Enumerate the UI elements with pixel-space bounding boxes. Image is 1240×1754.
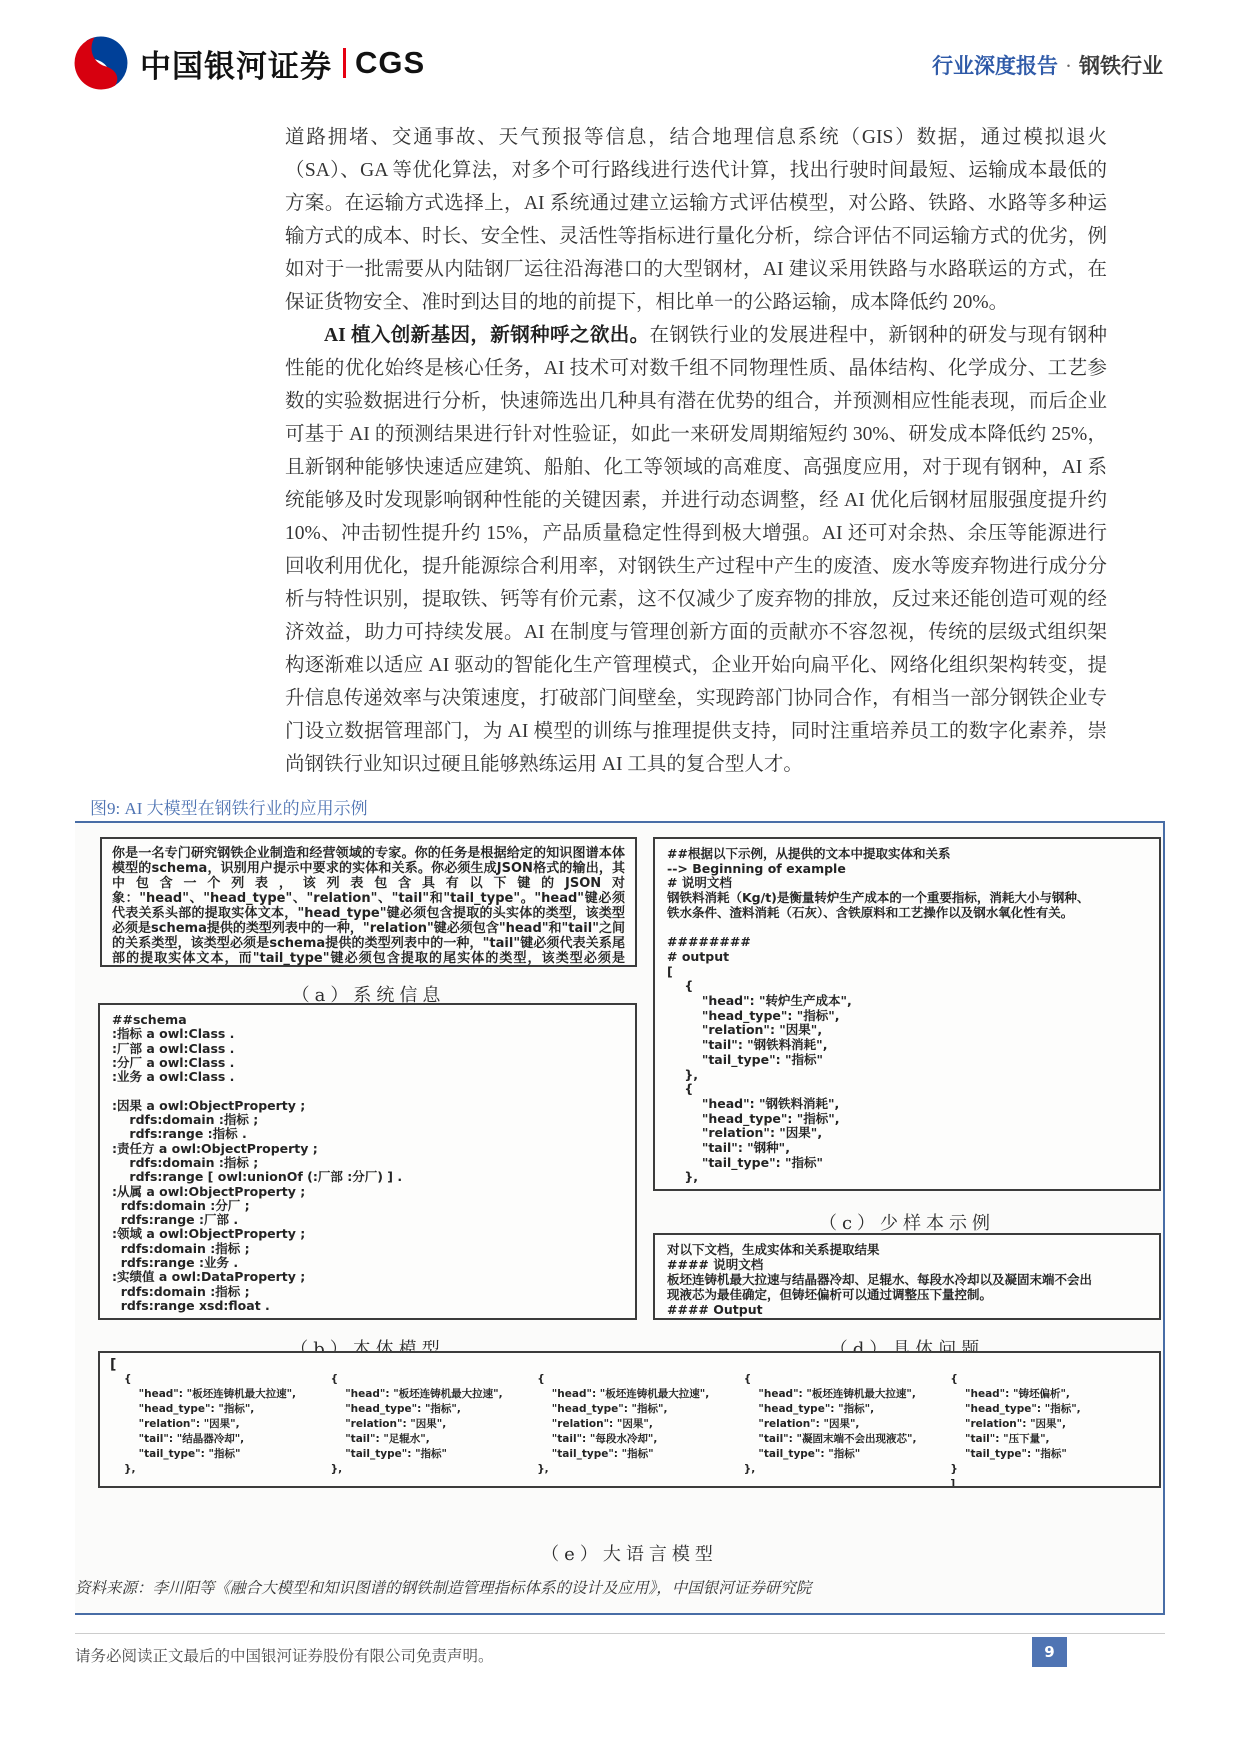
paragraph-bold-lead: AI 植入创新基因，新钢种呼之欲出。 — [324, 325, 650, 346]
panel-d-question-box: 对以下文档，生成实体和关系提取结果 #### 说明文档 板坯连铸机最大拉速与结晶… — [653, 1233, 1161, 1320]
brand-name-en: CGS — [355, 45, 425, 81]
disclaimer-text: 请务必阅读正文最后的中国银河证券股份有限公司免责声明。 — [75, 1644, 494, 1666]
report-page: 中国银河证券 CGS 行业深度报告·钢铁行业 道路拥堵、交通事故、天气预报等信息… — [0, 0, 1240, 1754]
panel-c-label: （c）少样本示例 — [653, 1209, 1161, 1235]
panel-c-fewshot-box: ##根据以下示例，从提供的文本中提取实体和关系 --> Beginning of… — [653, 837, 1161, 1191]
figure-caption: 图9: AI 大模型在钢铁行业的应用示例 — [90, 794, 368, 819]
paragraph-ai-innovation: AI 植入创新基因，新钢种呼之欲出。在钢铁行业的发展进程中，新钢种的研发与现有钢… — [285, 319, 1107, 781]
panel-e-label: （e）大语言模型 — [98, 1540, 1161, 1566]
figure-frame: 你是一名专门研究钢铁企业制造和经营领域的专家。你的任务是根据给定的知识图谱本体模… — [75, 821, 1165, 1615]
brand: 中国银河证券 CGS — [74, 36, 425, 90]
llm-output-item: { "head": "板坯连铸机最大拉速", "head_type": "指标"… — [124, 1372, 325, 1488]
llm-output-item: { "head": "板坯连铸机最大拉速", "head_type": "指标"… — [537, 1372, 738, 1488]
paragraph-body-text: 在钢铁行业的发展进程中，新钢种的研发与现有钢种性能的优化始终是核心任务，AI 技… — [285, 325, 1107, 775]
figure-panels: 你是一名专门研究钢铁企业制造和经营领域的专家。你的任务是根据给定的知识图谱本体模… — [75, 823, 1163, 1613]
llm-output-item: { "head": "板坯连铸机最大拉速", "head_type": "指标"… — [331, 1372, 532, 1488]
llm-output-list: { "head": "板坯连铸机最大拉速", "head_type": "指标"… — [110, 1372, 1151, 1488]
llm-output-item: { "head": "板坯连铸机最大拉速", "head_type": "指标"… — [744, 1372, 945, 1488]
figure-source-note: 资料来源：李川阳等《融合大模型和知识图谱的钢铁制造管理指标体系的设计及应用》，中… — [75, 1576, 1155, 1598]
body-text: 道路拥堵、交通事故、天气预报等信息，结合地理信息系统（GIS）数据，通过模拟退火… — [285, 121, 1107, 781]
llm-output-item: { "head": "铸坯偏析", "head_type": "指标", "re… — [950, 1372, 1151, 1488]
separator-dot: · — [1065, 54, 1072, 78]
footer-divider — [75, 1633, 1165, 1634]
open-bracket: [ — [110, 1358, 1151, 1372]
panel-b-ontology-box: ##schema :指标 a owl:Class . :厂部 a owl:Cla… — [98, 1003, 637, 1320]
panel-a-system-info-box: 你是一名专门研究钢铁企业制造和经营领域的专家。你的任务是根据给定的知识图谱本体模… — [100, 837, 637, 967]
page-number-badge: 9 — [1032, 1637, 1067, 1667]
galaxy-logo-icon — [74, 36, 128, 90]
industry-label: 钢铁行业 — [1079, 54, 1163, 78]
panel-a-text: 你是一名专门研究钢铁企业制造和经营领域的专家。你的任务是根据给定的知识图谱本体模… — [112, 846, 625, 967]
brand-divider — [343, 48, 346, 78]
report-type-label: 行业深度报告 — [932, 54, 1058, 78]
panel-e-llm-output-box: [ { "head": "板坯连铸机最大拉速", "head_type": "指… — [98, 1351, 1161, 1488]
report-meta: 行业深度报告·钢铁行业 — [932, 50, 1163, 80]
paragraph-transport-optimization: 道路拥堵、交通事故、天气预报等信息，结合地理信息系统（GIS）数据，通过模拟退火… — [285, 121, 1107, 319]
brand-name-cn: 中国银河证券 — [140, 41, 332, 86]
